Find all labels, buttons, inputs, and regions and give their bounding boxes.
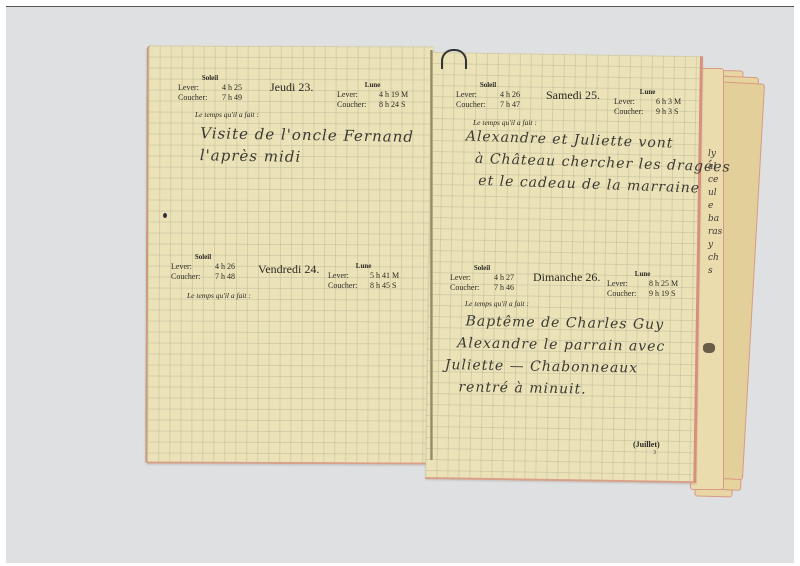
- day-heading: Jeudi 23.: [270, 80, 313, 95]
- handwritten-note: Visite de l'oncle Fernand l'après midi: [200, 122, 414, 170]
- month-label: (Juillet): [633, 440, 660, 449]
- notebook-gutter: [430, 50, 433, 460]
- sun-times: Soleil Lever:4 h 27 Coucher:7 h 46: [450, 263, 514, 293]
- weather-label: Le temps qu'il a fait :: [195, 110, 259, 119]
- moon-times: Lune Lever:5 h 41 M Coucher:8 h 45 S: [328, 261, 399, 291]
- weather-label: Le temps qu'il a fait :: [187, 291, 251, 300]
- day-heading: Samedi 25.: [546, 88, 600, 103]
- weather-label: Le temps qu'il a fait :: [465, 299, 529, 308]
- handwritten-note: Alexandre et Juliette vont à Château che…: [464, 125, 732, 200]
- page-mark: [163, 213, 167, 218]
- sun-times: Soleil Lever:4 h 26 Coucher:7 h 48: [171, 252, 235, 282]
- page-number: 3: [653, 450, 656, 456]
- moon-times: Lune Lever:6 h 3 M Coucher:9 h 3 S: [614, 87, 681, 117]
- day-heading: Vendredi 24.: [258, 262, 319, 277]
- sun-times: Soleil Lever:4 h 25 Coucher:7 h 49: [178, 73, 242, 103]
- moon-times: Lune Lever:4 h 19 M Coucher:8 h 24 S: [337, 80, 408, 110]
- hanging-hook: [441, 49, 467, 69]
- handwritten-note: Baptême de Charles Guy Alexandre le parr…: [444, 310, 666, 402]
- sun-times: Soleil Lever:4 h 26 Coucher:7 h 47: [456, 80, 520, 110]
- page-stain: [703, 343, 715, 353]
- moon-times: Lune Lever:8 h 25 M Coucher:9 h 19 S: [607, 269, 678, 299]
- day-heading: Dimanche 26.: [533, 270, 600, 285]
